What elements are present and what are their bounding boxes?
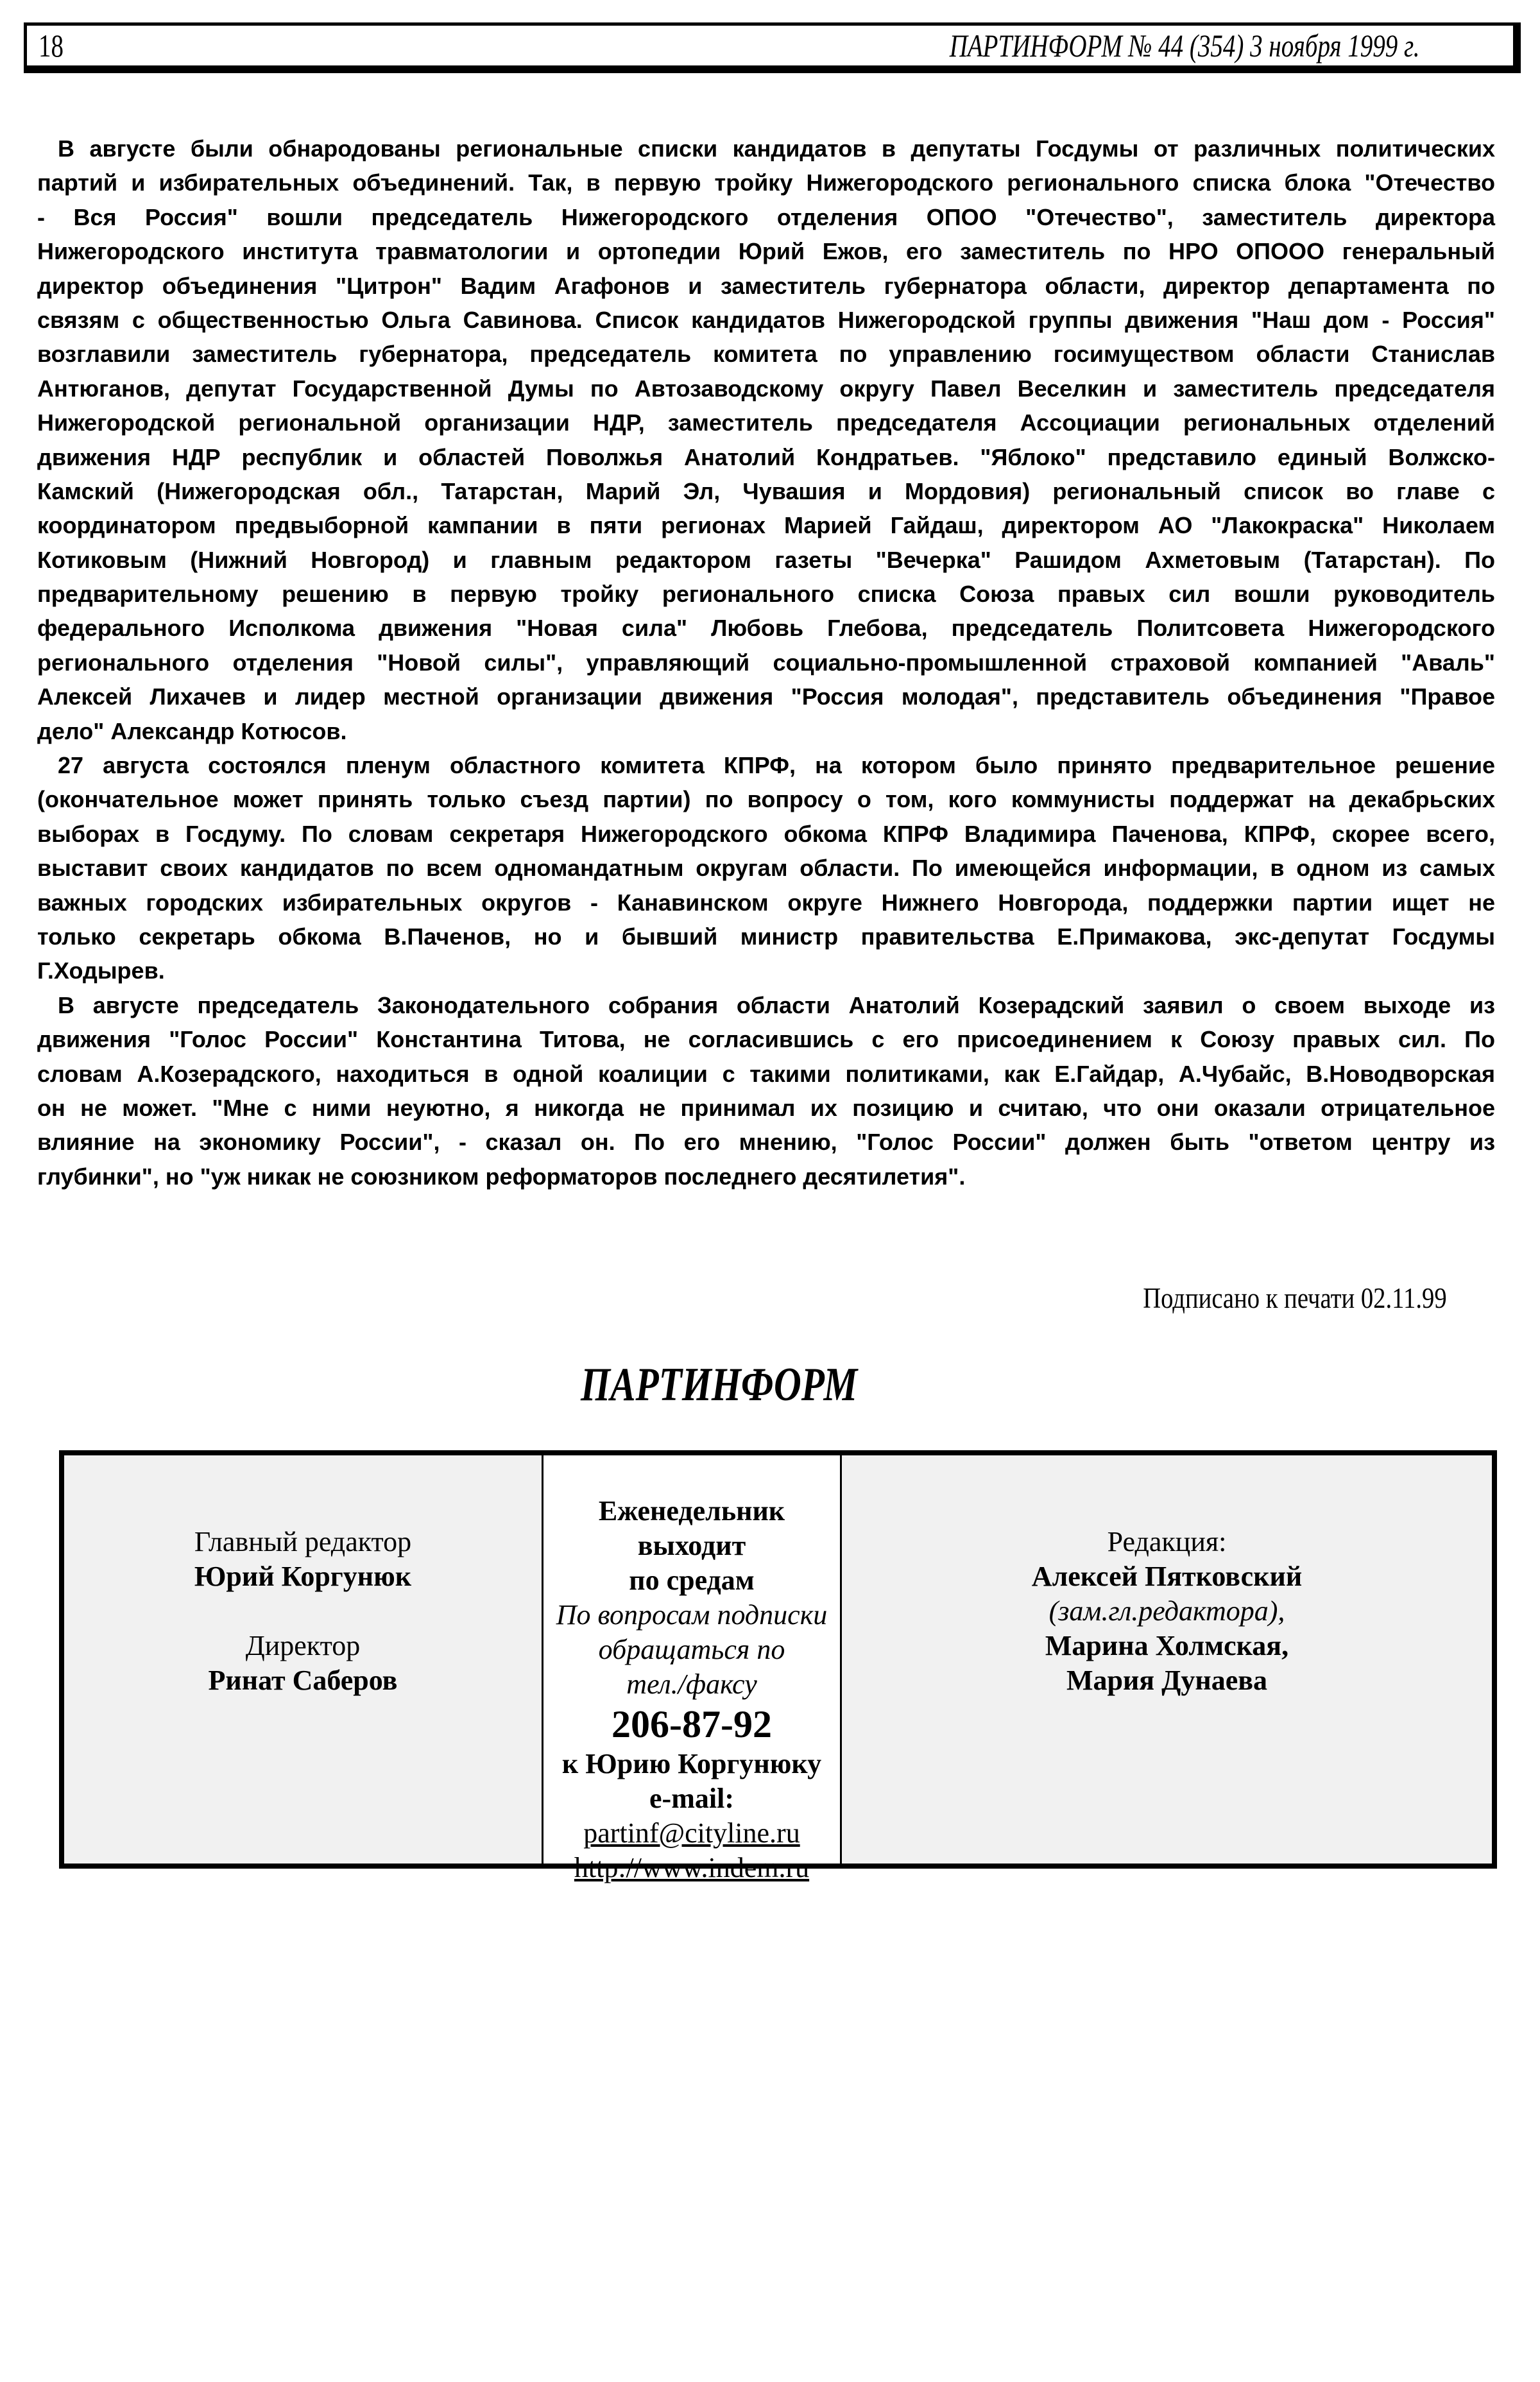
article-line: предварительному решению в первую тройку… (37, 577, 1495, 611)
article-line: федерального Исполкома движения "Новая с… (37, 611, 1495, 645)
subscription-line-1: По вопросам подписки (543, 1598, 840, 1632)
article-line: 27 августа состоялся пленум областного к… (37, 748, 1495, 782)
article-line-text: федерального Исполкома движения "Новая с… (37, 611, 1495, 645)
article-line-text: Алексей Лихачев и лидер местной организа… (37, 680, 1495, 714)
article-line: Алексей Лихачев и лидер местной организа… (37, 680, 1495, 714)
article-line-text: движения НДР республик и областей Поволж… (37, 440, 1495, 474)
article-line: важных городских избирательных округов -… (37, 886, 1495, 920)
issue-title: ПАРТИНФОРМ № 44 (354) 3 ноября 1999 г. (950, 30, 1420, 62)
article-line-text: Камский (Нижегородская обл., Татарстан, … (37, 474, 1495, 508)
article-line: Антюганов, депутат Государственной Думы … (37, 372, 1495, 406)
article-line: движения НДР республик и областей Поволж… (37, 440, 1495, 474)
article-line-text: координатором предвыборной кампании в пя… (37, 508, 1495, 542)
editorial-member-1-note: (зам.гл.редактора), (842, 1594, 1492, 1629)
article-line: В августе председатель Законодательного … (37, 988, 1495, 1022)
editorial-member-2: Марина Холмская, (842, 1629, 1492, 1663)
article-line-text: движения "Голос России" Константина Тито… (37, 1022, 1495, 1056)
page-header: 18 ПАРТИНФОРМ № 44 (354) 3 ноября 1999 г… (24, 22, 1521, 73)
article-line-text: В августе председатель Законодательного … (37, 988, 1495, 1022)
editorial-label: Редакция: (842, 1525, 1492, 1559)
article-line-text: связям с общественностью Ольга Савинова.… (37, 303, 1495, 337)
article-line: влияние на экономику России", - сказал о… (37, 1125, 1495, 1159)
article-line: движения "Голос России" Константина Тито… (37, 1022, 1495, 1056)
article-line: директор объединения "Цитрон" Вадим Агаф… (37, 269, 1495, 303)
page-number: 18 (38, 30, 64, 62)
email-link[interactable]: partinf@cityline.ru (583, 1817, 800, 1849)
article-line: связям с общественностью Ольга Савинова.… (37, 303, 1495, 337)
article-line-text: директор объединения "Цитрон" Вадим Агаф… (37, 269, 1495, 303)
article-line: В августе были обнародованы региональные… (37, 132, 1495, 166)
article-line-text: он не может. "Мне с ними неуютно, я нико… (37, 1091, 1495, 1125)
article-line: (окончательное может принять только съез… (37, 782, 1495, 816)
editor-name: Юрий Коргунюк (64, 1559, 542, 1594)
article-line: только секретарь обкома В.Паченов, но и … (37, 920, 1495, 954)
article-line-text: глубинки", но "уж никак не союзником реф… (37, 1160, 1495, 1194)
article-line-text: Г.Ходырев. (37, 954, 1495, 988)
article-line-text: Нижегородского института травматологии и… (37, 234, 1495, 268)
article-line: регионального отделения "Новой силы", уп… (37, 646, 1495, 680)
editorial-member-3: Мария Дунаева (842, 1663, 1492, 1698)
article-line-text: Нижегородской региональной организации Н… (37, 406, 1495, 440)
article-line-text: Котиковым (Нижний Новгород) и главным ре… (37, 543, 1495, 577)
website-link[interactable]: http://www.indem.ru (574, 1852, 809, 1883)
article-line: Нижегородской региональной организации Н… (37, 406, 1495, 440)
article-line-text: дело" Александр Котюсов. (37, 714, 1495, 748)
article-line-text: влияние на экономику России", - сказал о… (37, 1125, 1495, 1159)
article-line: Котиковым (Нижний Новгород) и главным ре… (37, 543, 1495, 577)
article-line-text: Антюганов, депутат Государственной Думы … (37, 372, 1495, 406)
article-line: Г.Ходырев. (37, 954, 1495, 988)
masthead-table: Главный редактор Юрий Коргунюк Директор … (59, 1450, 1497, 1869)
article-line-text: выборах в Госдуму. По словам секретаря Н… (37, 817, 1495, 851)
schedule-line-2: по средам (543, 1563, 840, 1598)
masthead-title: ПАРТИНФОРМ (581, 1359, 857, 1410)
subscription-line-2: обращаться по (543, 1632, 840, 1667)
article-line-text: возглавили заместитель губернатора, пред… (37, 337, 1495, 371)
article-line: партий и избирательных объединений. Так,… (37, 166, 1495, 200)
article-line-text: - Вся Россия" вошли председатель Нижегор… (37, 200, 1495, 234)
article-line: дело" Александр Котюсов. (37, 714, 1495, 748)
masthead-cell-leadership: Главный редактор Юрий Коргунюк Директор … (64, 1455, 543, 1864)
subscription-line-3: тел./факсу (543, 1667, 840, 1702)
article-line-text: В августе были обнародованы региональные… (37, 132, 1495, 166)
article-line-text: словам А.Козерадского, находиться в одно… (37, 1057, 1495, 1091)
contact-person: к Юрию Коргунюку (543, 1747, 840, 1781)
director-name: Ринат Саберов (64, 1663, 542, 1698)
article-line: координатором предвыборной кампании в пя… (37, 508, 1495, 542)
article-line: возглавили заместитель губернатора, пред… (37, 337, 1495, 371)
article-line-text: выставит своих кандидатов по всем однома… (37, 851, 1495, 885)
article-line-text: регионального отделения "Новой силы", уп… (37, 646, 1495, 680)
article-line-text: (окончательное может принять только съез… (37, 782, 1495, 816)
email-label: e-mail: (649, 1783, 734, 1814)
schedule-line-1: Еженедельник выходит (543, 1494, 840, 1563)
article-line: выборах в Госдуму. По словам секретаря Н… (37, 817, 1495, 851)
article-line: он не может. "Мне с ними неуютно, я нико… (37, 1091, 1495, 1125)
article-line-text: предварительному решению в первую тройку… (37, 577, 1495, 611)
article-line: - Вся Россия" вошли председатель Нижегор… (37, 200, 1495, 234)
article-line: словам А.Козерадского, находиться в одно… (37, 1057, 1495, 1091)
editor-role: Главный редактор (64, 1525, 542, 1559)
article-line: выставит своих кандидатов по всем однома… (37, 851, 1495, 885)
article-line-text: только секретарь обкома В.Паченов, но и … (37, 920, 1495, 954)
article-line: Камский (Нижегородская обл., Татарстан, … (37, 474, 1495, 508)
director-role: Директор (64, 1629, 542, 1663)
article-line-text: 27 августа состоялся пленум областного к… (37, 748, 1495, 782)
article-body: В августе были обнародованы региональные… (37, 132, 1495, 1194)
signed-to-print: Подписано к печати 02.11.99 (1143, 1282, 1447, 1314)
editorial-member-1: Алексей Пятковский (842, 1559, 1492, 1594)
phone-number: 206-87-92 (543, 1702, 840, 1747)
article-line-text: партий и избирательных объединений. Так,… (37, 166, 1495, 200)
article-line: глубинки", но "уж никак не союзником реф… (37, 1160, 1495, 1194)
masthead-cell-editorial: Редакция: Алексей Пятковский (зам.гл.ред… (842, 1455, 1492, 1864)
email-row: e-mail: partinf@cityline.ru (543, 1781, 840, 1851)
article-line: Нижегородского института травматологии и… (37, 234, 1495, 268)
article-line-text: важных городских избирательных округов -… (37, 886, 1495, 920)
masthead-cell-contacts: Еженедельник выходит по средам По вопрос… (543, 1455, 842, 1864)
